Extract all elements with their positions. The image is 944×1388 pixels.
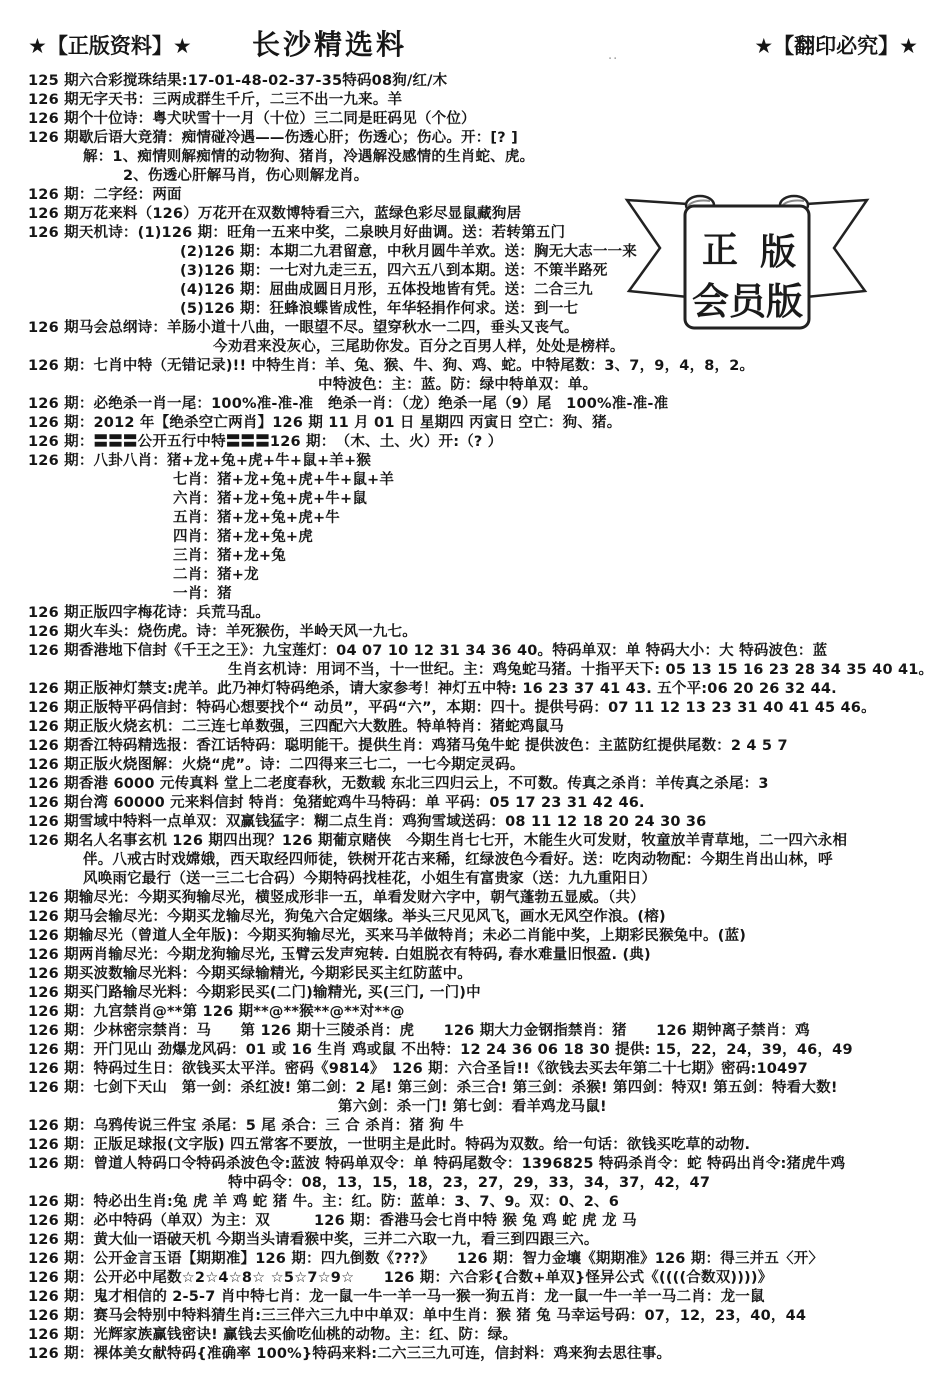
page-header: ★【正版资料】★ 长沙精选料 .. ★【翻印必究】★ [0, 22, 944, 68]
document-line: 126 期马会输尽光：今期买龙输尽光，狗兔六合定姻缘。举头三尺见风飞，画水无风空… [28, 908, 938, 927]
document-line: 126 期买门路输尽光料：今期彩民买(二门)输精光, 买(三门, 一门)中 [28, 984, 938, 1003]
document-line: 126 期：曾道人特码口令特码杀波色令:蓝波 特码单双令：单 特码尾数令：139… [28, 1155, 938, 1174]
document-line: 126 期：赛马会特别中特料猜生肖:三三伴六三九中中单双：单中生肖：猴 猪 兔 … [28, 1307, 938, 1326]
ribbon-text-huiyuanban: 会员版 [692, 279, 803, 323]
document-line: 126 期：正版足球报(文字版) 四五常客不要放，一世明主是此时。特码为双数。给… [28, 1136, 938, 1155]
document-line: 中特波色：主：蓝。防：绿中特单双：单。 [28, 376, 938, 395]
document-line: 126 期个十位诗：粤犬吠雪十一月（十位）三二同是旺码见（个位） [28, 110, 938, 129]
document-line: 七肖：猪+龙+兔+虎+牛+鼠+羊 [28, 471, 938, 490]
document-line: 126 期：鬼才相信的 2-5-7 肖中特七肖：龙一鼠一牛一羊一马一猴一狗五肖：… [28, 1288, 938, 1307]
document-line: 126 期：必绝杀一肖一尾：100%准-准-准 绝杀一肖：（龙）绝杀一尾（9）尾… [28, 395, 938, 414]
document-line: 126 期名人名事玄机 126 期四出现？126 期葡京赌侠 今期生肖七七开，木… [28, 832, 938, 851]
right-stamp: ★【翻印必究】★ [754, 30, 918, 60]
document-line: 今劝君来没灰心，三尾助你发。百分之百男人样，处处是榜样。 [28, 338, 938, 357]
ribbon-text-zheng: 正 [702, 229, 738, 271]
ribbon-right-tail [806, 200, 867, 297]
document-line: 126 期正版特平码信封：特码心想要找个“ 动员”，平码“六”，本期：四十。提供… [28, 699, 938, 718]
document-line: 126 期：公开必中尾数☆2☆4☆8☆ ☆5☆7☆9☆ 126 期：六合彩{合数… [28, 1269, 938, 1288]
document-line: 126 期正版四字梅花诗：兵荒马乱。 [28, 604, 938, 623]
document-line: 126 期：黄大仙一语破天机 今期当头请看猴中奖，三并二六取一九，看三到四跟三六… [28, 1231, 938, 1250]
document-line: 126 期：七肖中特（无错记录)!! 中特生肖：羊、兔、猴、牛、狗、鸡、蛇。中特… [28, 357, 938, 376]
ribbon-text-ban: 版 [760, 231, 796, 273]
document-line: 五肖：猪+龙+兔+虎+牛 [28, 509, 938, 528]
document-line: 126 期：光辉家族赢钱密诀! 赢钱去买偷吃仙桃的动物。主：红、防：绿。 [28, 1326, 938, 1345]
document-line: 126 期无字天书：三两成群生千斤，二三不出一九来。羊 [28, 91, 938, 110]
document-line: 126 期正版火烧图解：火烧“虎”。诗：二四得来三七二，一七今期定灵码。 [28, 756, 938, 775]
document-line: 特中码令：08，13，15，18，23，27，29，33，34，37，42，47 [28, 1174, 938, 1193]
document-line: 126 期：少林密宗禁肖：马 第 126 期十三陵杀肖：虎 126 期大力金钢指… [28, 1022, 938, 1041]
ribbon-left-tail [627, 200, 688, 297]
document-line: 二肖：猪+龙 [28, 566, 938, 585]
document-line: 126 期正版神灯禁支:虎羊。此乃神灯特码绝杀，请大家参考！神灯五中特: 16 … [28, 680, 938, 699]
document-line: 125 期六合彩搅珠结果:17-01-48-02-37-35特码08狗/红/木 [28, 72, 938, 91]
document-line: 三肖：猪+龙+兔 [28, 547, 938, 566]
document-line: 126 期：〓〓〓公开五行中特〓〓〓126 期： （木、土、火）开:（? ） [28, 433, 938, 452]
document-line: 126 期输尽光：今期买狗输尽光，横竖成形非一五，单看发财六字中，朝气蓬勃五显威… [28, 889, 938, 908]
document-line: 伴。八戒古时戏嫦娥，西天取经四师徒，铁树开花古来稀，红绿波色今看好。送：吃肉动物… [28, 851, 938, 870]
document-line: 126 期：特码过生日：欲钱买太平洋。密码《9814》 126 期：六合圣旨!!… [28, 1060, 938, 1079]
document-line: 126 期：七剑下天山 第一剑：杀红波! 第二剑：2 尾! 第三剑：杀三合! 第… [28, 1079, 938, 1098]
document-line: 126 期：乌鸦传说三件宝 杀尾：5 尾 杀合：三 合 杀肖：猪 狗 牛 [28, 1117, 938, 1136]
document-line: 126 期：裸体美女献特码{准确率 100%}特码来料:二六三三九可连，信封料：… [28, 1345, 938, 1364]
document-line: 126 期：公开金言玉语【期期准】126 期：四九倒数《???》 126 期：智… [28, 1250, 938, 1269]
document-line: 126 期歇后语大竞猜：痴情碰冷遇——伤透心肝；伤透心；伤心。开：[? ] [28, 129, 938, 148]
document-line: 126 期火车头：烧伤虎。诗：羊死猴伤，半岭天风一九七。 [28, 623, 938, 642]
document-line: 126 期：2012 年【绝杀空亡两肖】126 期 11 月 01 日 星期四 … [28, 414, 938, 433]
document-line: 126 期正版火烧玄机：二三连七单数强，三四配六大数胜。特单特肖：猪蛇鸡鼠马 [28, 718, 938, 737]
document-line: 126 期：九宫禁肖@**第 126 期**@**猴**@**对**@ [28, 1003, 938, 1022]
document-line: 2、伤透心肝解马肖，伤心则解龙肖。 [28, 167, 938, 186]
document-line: 126 期输尽光（曾道人全年版)：今期买狗输尽光，买来马羊做特肖；未必二肖能中奖… [28, 927, 938, 946]
page-title: 长沙精选料 [252, 23, 407, 63]
document-line: 四肖：猪+龙+兔+虎 [28, 528, 938, 547]
document-line: 一肖：猪 [28, 585, 938, 604]
document-line: 126 期台湾 60000 元来料信封 特肖：兔猪蛇鸡牛马特码：单 平码：05 … [28, 794, 938, 813]
document-line: 风唤雨它最行（送一三二七合码）今期特码找桂花，小姐生有富贵家（送：九九重阳日） [28, 870, 938, 889]
document-line: 六肖：猪+龙+兔+虎+牛+鼠 [28, 490, 938, 509]
document-line: 第六剑：杀一门! 第七剑：看羊鸡龙马鼠! [28, 1098, 938, 1117]
faint-dots: .. [608, 48, 618, 63]
document-line: 126 期：八卦八肖：猪+龙+兔+虎+牛+鼠+羊+猴 [28, 452, 938, 471]
document-line: 126 期：必中特码（单双）为主：双 126 期：香港马会七肖中特 猴 兔 鸡 … [28, 1212, 938, 1231]
document-line: 126 期：开门见山 劲爆龙风码：01 或 16 生肖 鸡或鼠 不出特：12 2… [28, 1041, 938, 1060]
document-line: 解：1、痴情则解痴情的动物狗、猪肖，冷遇解没感情的生肖蛇、虎。 [28, 148, 938, 167]
document-line: 生肖玄机诗：用词不当，十一世纪。主：鸡兔蛇马猪。十指平天下: 05 13 15 … [28, 661, 938, 680]
document-line: 126 期买波数输尽光料：今期买绿输精光, 今期彩民买主红防蓝中。 [28, 965, 938, 984]
document-line: 126 期：特必出生肖:兔 虎 羊 鸡 蛇 猪 牛。主：红。防：蓝单：3、7、9… [28, 1193, 938, 1212]
lottery-tip-sheet: ★【正版资料】★ 长沙精选料 .. ★【翻印必究】★ 125 期六合彩搅珠结果:… [0, 0, 944, 1388]
ribbon-banner: 正 版 会员版 [624, 192, 870, 336]
document-line: 126 期香江特码精选报：香江话特码：聪明能干。提供生肖：鸡猪马兔牛蛇 提供波色… [28, 737, 938, 756]
document-line: 126 期雪域中特料一点单双：双赢钱猛字：糊二点生肖：鸡狗雪域送码：08 11 … [28, 813, 938, 832]
document-line: 126 期两肖输尽光：今期龙狗输尽光, 玉臂云发声宛转. 白姐脱衣有特码, 春水… [28, 946, 938, 965]
document-line: 126 期香港 6000 元传真料 堂上二老度春秋，无数载 东北三四归云上，不可… [28, 775, 938, 794]
document-line: 126 期香港地下信封《千王之王》：九宝莲灯：04 07 10 12 31 34… [28, 642, 938, 661]
left-stamp: ★【正版资料】★ [28, 30, 192, 60]
